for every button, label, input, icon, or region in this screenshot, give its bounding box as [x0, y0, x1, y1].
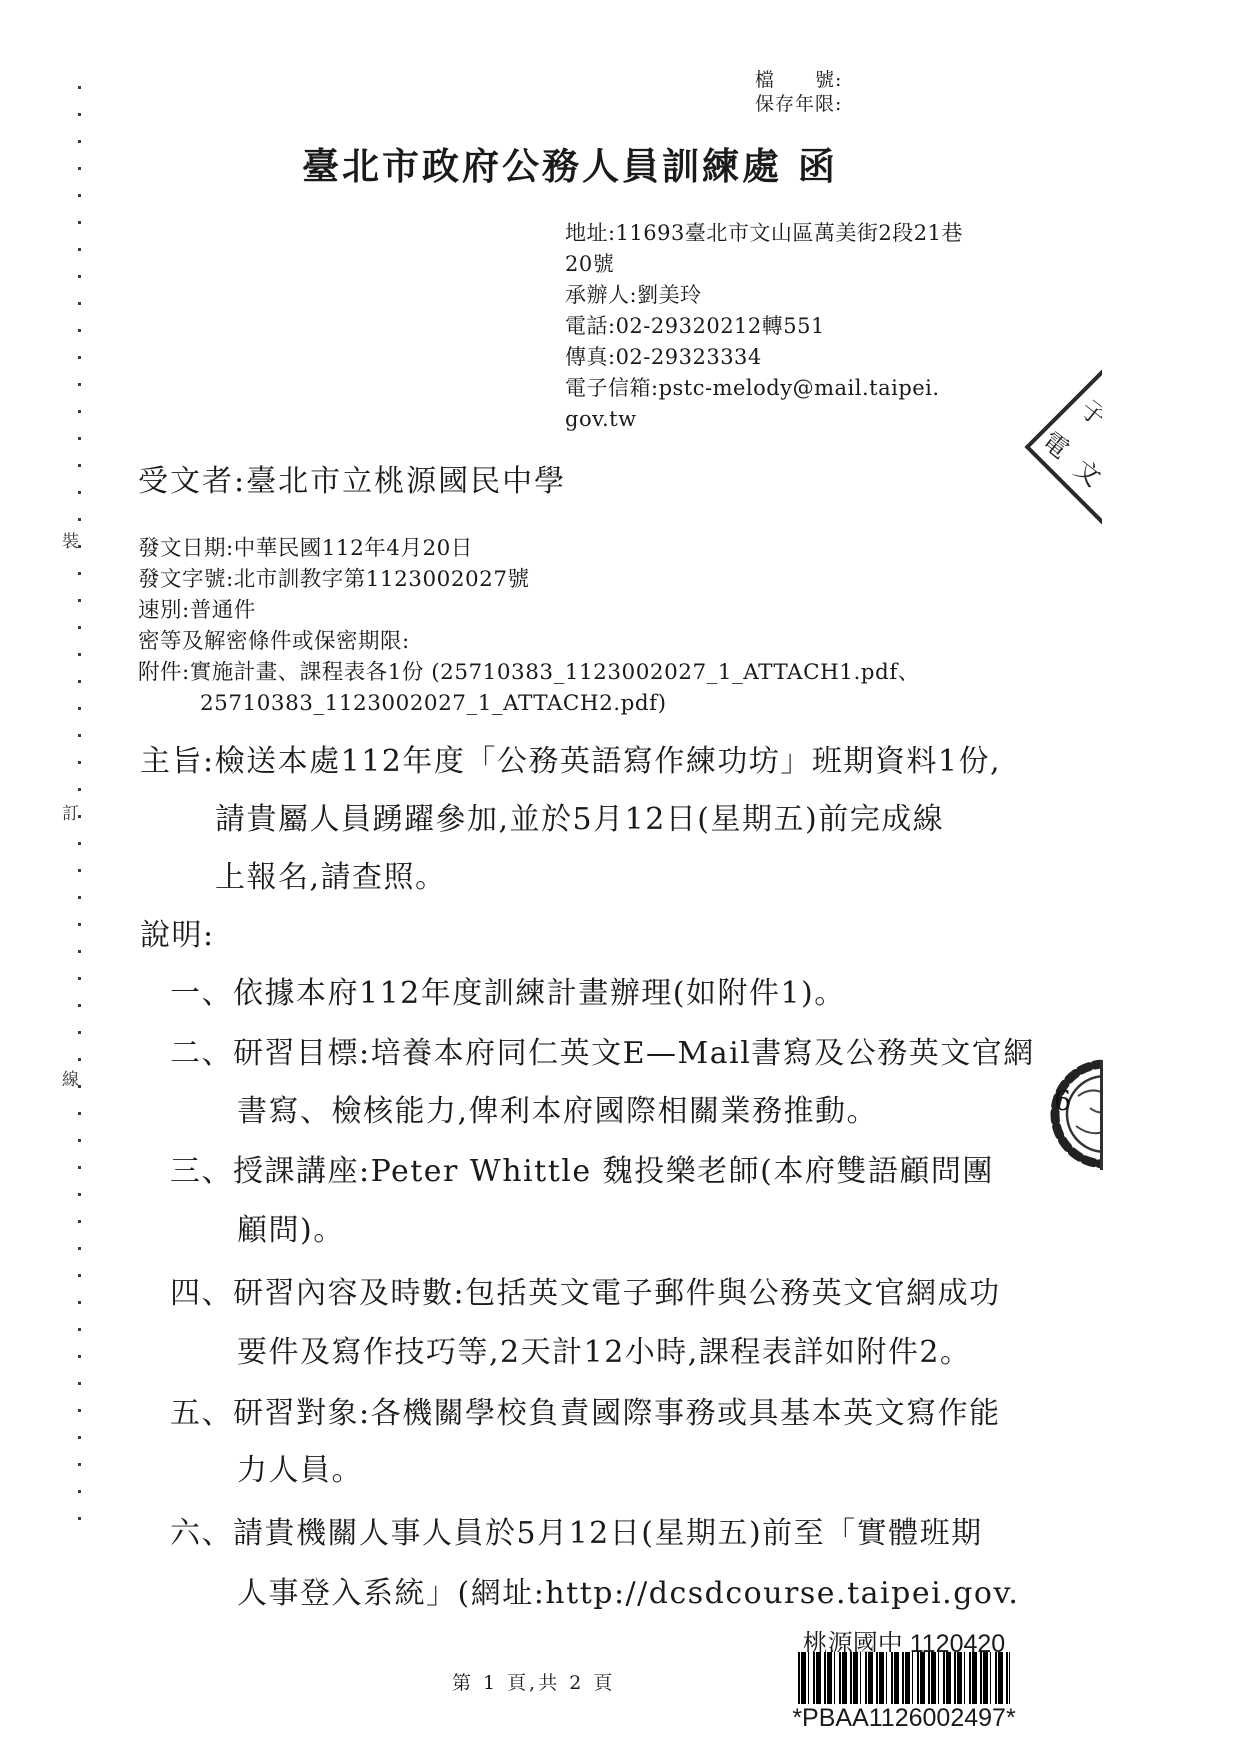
subject-line-1: 主旨:檢送本處112年度「公務英語寫作練功坊」班期資料1份,: [140, 744, 1001, 780]
binding-mark-xian: 線: [62, 1065, 79, 1090]
attachment-line-1: 附件:實施計畫、課程表各1份 (25710383_1123002027_1_AT…: [138, 657, 920, 688]
electronic-exchange-stamp: 子 電 文: [1020, 350, 1102, 536]
sender-email-line2: gov.tw: [565, 404, 963, 435]
item-4-line-1: 四、研習內容及時數:包括英文電子郵件與公務英文官網成功: [170, 1276, 1001, 1312]
issue-date-line: 發文日期:中華民國112年4月20日: [138, 533, 920, 564]
item-5-line-1: 五、研習對象:各機關學校負責國際事務或具基本英文寫作能: [170, 1396, 1001, 1432]
binding-mark-zhuang: 裝: [62, 527, 79, 552]
sender-phone: 電話:02-29320212轉551: [565, 311, 963, 342]
sender-address-line: 地址:11693臺北市文山區萬美街2段21巷: [565, 218, 963, 249]
explanation-label: 說明:: [140, 918, 215, 954]
meta-block: 發文日期:中華民國112年4月20日 發文字號:北市訓教字第1123002027…: [138, 533, 920, 719]
item-5-line-2: 力人員。: [237, 1453, 363, 1489]
scan-cut-edge: [1100, 1060, 1103, 1170]
document-title: 臺北市政府公務人員訓練處 函: [0, 136, 1140, 190]
speed-line: 速別:普通件: [138, 595, 920, 626]
barcode-text: *PBAA1126002497*: [792, 1704, 1016, 1733]
rosette-number: 6: [1054, 1086, 1071, 1117]
item-1-line-1: 一、依據本府112年度訓練計畫辦理(如附件1)。: [170, 976, 846, 1012]
item-6-line-2: 人事登入系統」(網址:http://dcsdcourse.taipei.gov.: [237, 1576, 1019, 1612]
subject-line-2: 請貴屬人員踴躍參加,並於5月12日(星期五)前完成線: [215, 802, 944, 838]
recipient-line: 受文者:臺北市立桃源國民中學: [138, 456, 566, 500]
sender-info-block: 地址:11693臺北市文山區萬美街2段21巷 20號 承辦人:劉美玲 電話:02…: [565, 218, 963, 435]
item-3-line-2: 顧問)。: [237, 1213, 345, 1249]
attachment-line-2: 25710383_1123002027_1_ATTACH2.pdf): [138, 688, 920, 719]
barcode: [798, 1652, 1010, 1704]
sender-email-line1: 電子信箱:pstc-melody@mail.taipei.: [565, 373, 963, 404]
retention-label: 保存年限:: [755, 92, 842, 116]
sender-contact-person: 承辦人:劉美玲: [565, 280, 963, 311]
item-4-line-2: 要件及寫作技巧等,2天計12小時,課程表詳如附件2。: [237, 1335, 971, 1371]
rosette-seal: 6: [1030, 1056, 1101, 1172]
page-indicator: 第 1 頁,共 2 頁: [452, 1668, 615, 1695]
item-2-line-1: 二、研習目標:培養本府同仁英文E—Mail書寫及公務英文官網: [170, 1036, 1035, 1072]
document-page: 裝 訂 線 檔 號: 保存年限: 臺北市政府公務人員訓練處 函 地址:11693…: [0, 0, 1241, 1754]
binding-mark-ding: 訂: [62, 799, 79, 824]
item-6-line-1: 六、請貴機關人事人員於5月12日(星期五)前至「實體班期: [170, 1516, 983, 1552]
sender-address-line2: 20號: [565, 249, 963, 280]
archive-label-block: 檔 號: 保存年限:: [755, 68, 842, 116]
file-no-label: 檔 號:: [755, 68, 842, 92]
sender-fax: 傳真:02-29323334: [565, 342, 963, 373]
item-2-line-2: 書寫、檢核能力,俾利本府國際相關業務推動。: [237, 1094, 878, 1130]
subject-line-3: 上報名,請查照。: [215, 860, 447, 896]
doc-number-line: 發文字號:北市訓教字第1123002027號: [138, 564, 920, 595]
security-line: 密等及解密條件或保密期限:: [138, 626, 920, 657]
item-3-line-1: 三、授課講座:Peter Whittle 魏投樂老師(本府雙語顧問團: [170, 1154, 994, 1190]
